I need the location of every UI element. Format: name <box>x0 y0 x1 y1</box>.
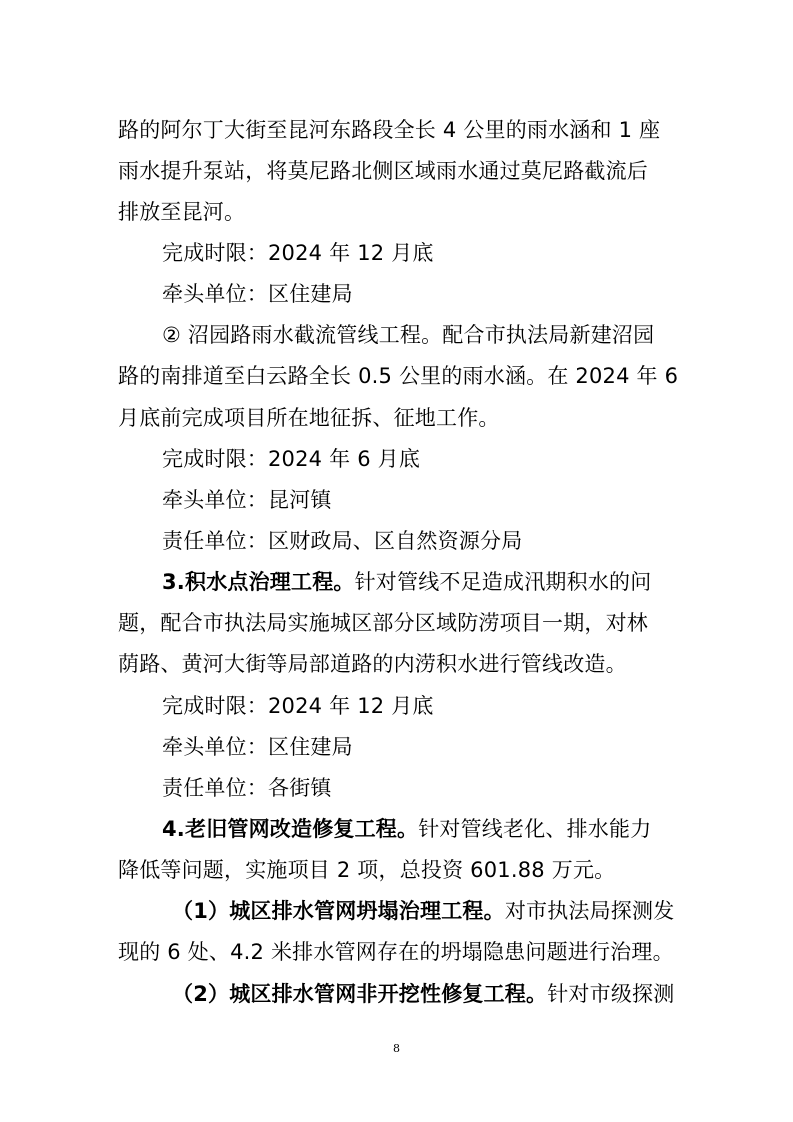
section-heading: 3.积水点治理工程。 <box>162 570 355 594</box>
page-number: 8 <box>0 1042 793 1055</box>
subsection-heading: （1）城区排水管网坍塌治理工程。 <box>172 899 505 923</box>
section-4-line: 4.老旧管网改造修复工程。针对管线老化、排水能力 <box>162 815 651 843</box>
subsection-heading: （2）城区排水管网非开挖性修复工程。 <box>172 982 547 1006</box>
lead-unit: 牵头单位：区住建局 <box>162 280 353 308</box>
section-heading: 4.老旧管网改造修复工程。 <box>162 817 418 841</box>
subsection-2-line: （2）城区排水管网非开挖性修复工程。针对市级探测 <box>172 980 674 1008</box>
paragraph-line: 路的阿尔丁大街至昆河东路段全长 4 公里的雨水涵和 1 座 <box>118 116 660 144</box>
completion-deadline: 完成时限：2024 年 6 月底 <box>162 445 420 473</box>
paragraph-line: 题，配合市执法局实施城区部分区域防涝项目一期，对林 <box>118 609 648 637</box>
project-heading: ② 沼园路雨水截流管线工程。配合市执法局新建沼园 <box>162 321 654 349</box>
subsection-1-line: （1）城区排水管网坍塌治理工程。对市执法局探测发 <box>172 897 674 925</box>
responsible-unit: 责任单位：各街镇 <box>162 774 332 802</box>
completion-deadline: 完成时限：2024 年 12 月底 <box>162 239 434 267</box>
paragraph-line: 降低等问题，实施项目 2 项，总投资 601.88 万元。 <box>118 856 615 884</box>
paragraph-line: 排放至昆河。 <box>118 198 245 226</box>
paragraph-line: 荫路、黄河大街等局部道路的内涝积水进行管线改造。 <box>118 650 627 678</box>
paragraph-line: 月底前完成项目所在地征拆、征地工作。 <box>118 404 500 432</box>
paragraph-line: 雨水提升泵站，将莫尼路北侧区域雨水通过莫尼路截流后 <box>118 157 648 185</box>
lead-unit: 牵头单位：昆河镇 <box>162 486 332 514</box>
paragraph-line: 路的南排道至白云路全长 0.5 公里的雨水涵。在 2024 年 6 <box>118 362 678 390</box>
paragraph-line: 现的 6 处、4.2 米排水管网存在的坍塌隐患问题进行治理。 <box>118 938 674 966</box>
responsible-unit: 责任单位：区财政局、区自然资源分局 <box>162 527 522 555</box>
lead-unit: 牵头单位：区住建局 <box>162 733 353 761</box>
section-3-line: 3.积水点治理工程。针对管线不足造成汛期积水的问 <box>162 568 651 596</box>
completion-deadline: 完成时限：2024 年 12 月底 <box>162 692 434 720</box>
